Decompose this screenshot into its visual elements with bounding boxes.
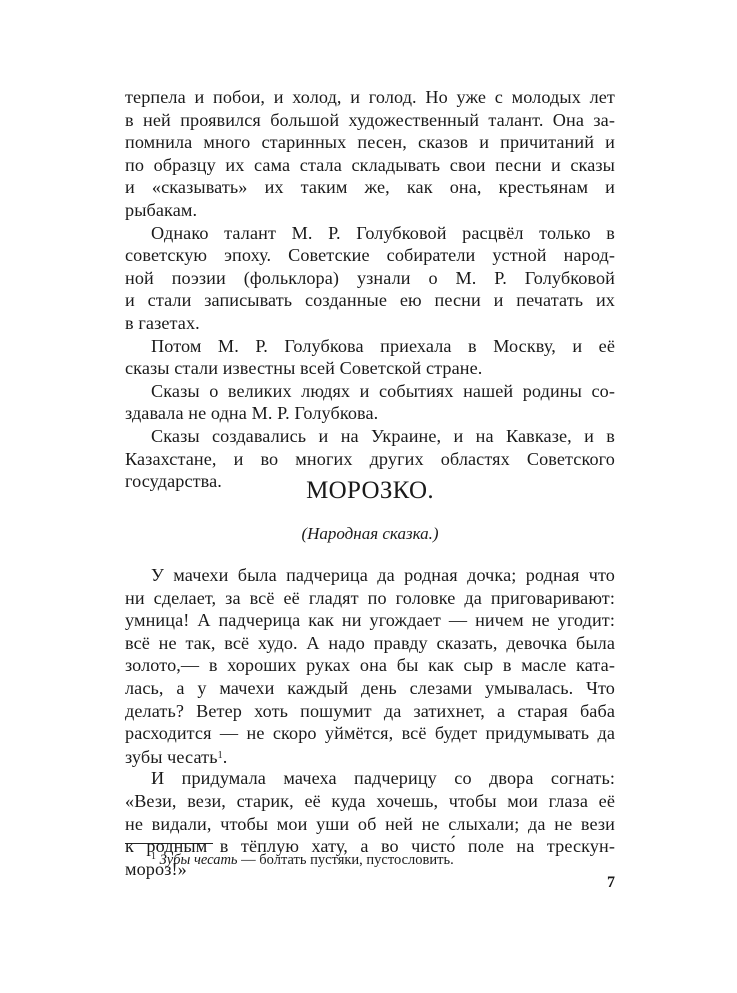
text-line: делать? Ветер хоть пошумит да затихнет, … bbox=[125, 700, 615, 723]
footnote-definition: — болтать пустяки, пустословить. bbox=[238, 852, 454, 868]
story-title: МОРОЗКО. bbox=[125, 477, 615, 505]
text-line: Казахстане, и во многих других областях … bbox=[125, 448, 615, 471]
text-line: ной поэзии (фольклора) узнали о М. Р. Го… bbox=[125, 267, 615, 290]
text-line: Сказы создавались и на Украине, и на Кав… bbox=[125, 425, 615, 448]
text-line: «Вези, вези, старик, её куда хочешь, что… bbox=[125, 790, 615, 813]
footnote-divider bbox=[125, 843, 213, 844]
text-line: Сказы о великих людях и событиях нашей р… bbox=[125, 380, 615, 403]
text-line: не видали, чтобы мои уши об ней не слыха… bbox=[125, 813, 615, 836]
text-line: Однако талант М. Р. Голубковой расцвёл т… bbox=[125, 222, 615, 245]
footnote-term: Зубы чесать bbox=[160, 852, 238, 868]
footnote-marker: 1 bbox=[151, 851, 156, 862]
text-line: по образцу их сама стала складывать свои… bbox=[125, 154, 615, 177]
text-fragment: зубы чесать bbox=[125, 747, 218, 767]
text-line: в ней проявился большой художественный т… bbox=[125, 109, 615, 132]
text-line: советскую эпоху. Советские собиратели ус… bbox=[125, 244, 615, 267]
text-line: ни сделает, за всё её гладят по головке … bbox=[125, 587, 615, 610]
text-line: золото,— в хороших руках она бы как сыр … bbox=[125, 654, 615, 677]
text-line: здавала не одна М. Р. Голубкова. bbox=[125, 402, 615, 425]
text-line: И придумала мачеха падчерицу со двора со… bbox=[125, 767, 615, 790]
text-line: в газетах. bbox=[125, 312, 615, 335]
text-line: помнила много старинных песен, сказов и … bbox=[125, 131, 615, 154]
story-text: У мачехи была падчерица да родная дочка;… bbox=[125, 564, 615, 880]
text-line: У мачехи была падчерица да родная дочка;… bbox=[125, 564, 615, 587]
page-number: 7 bbox=[607, 874, 615, 892]
text-line: сказы стали известны всей Советской стра… bbox=[125, 357, 615, 380]
text-line: и стали записывать созданные ею песни и … bbox=[125, 289, 615, 312]
text-line: зубы чесать1. bbox=[125, 745, 615, 768]
text-line: всё не так, всё худо. А надо правду сказ… bbox=[125, 632, 615, 655]
text-line: рыбакам. bbox=[125, 199, 615, 222]
intro-text: терпела и побои, и холод, и голод. Но уж… bbox=[125, 86, 615, 493]
text-line: умница! А падчерица как ни угождает — ни… bbox=[125, 609, 615, 632]
text-line: терпела и побои, и холод, и голод. Но уж… bbox=[125, 86, 615, 109]
text-line: лась, а у мачехи каждый день слезами умы… bbox=[125, 677, 615, 700]
footnote: 1 Зубы чесать — болтать пустяки, пустосл… bbox=[151, 851, 454, 869]
text-line: Потом М. Р. Голубкова приехала в Москву,… bbox=[125, 335, 615, 358]
text-line: и «сказывать» их таким же, как она, крес… bbox=[125, 176, 615, 199]
story-subtitle: (Народная сказка.) bbox=[125, 524, 615, 544]
text-fragment: . bbox=[223, 747, 228, 767]
text-line: расходится — не скоро уймётся, всё будет… bbox=[125, 722, 615, 745]
